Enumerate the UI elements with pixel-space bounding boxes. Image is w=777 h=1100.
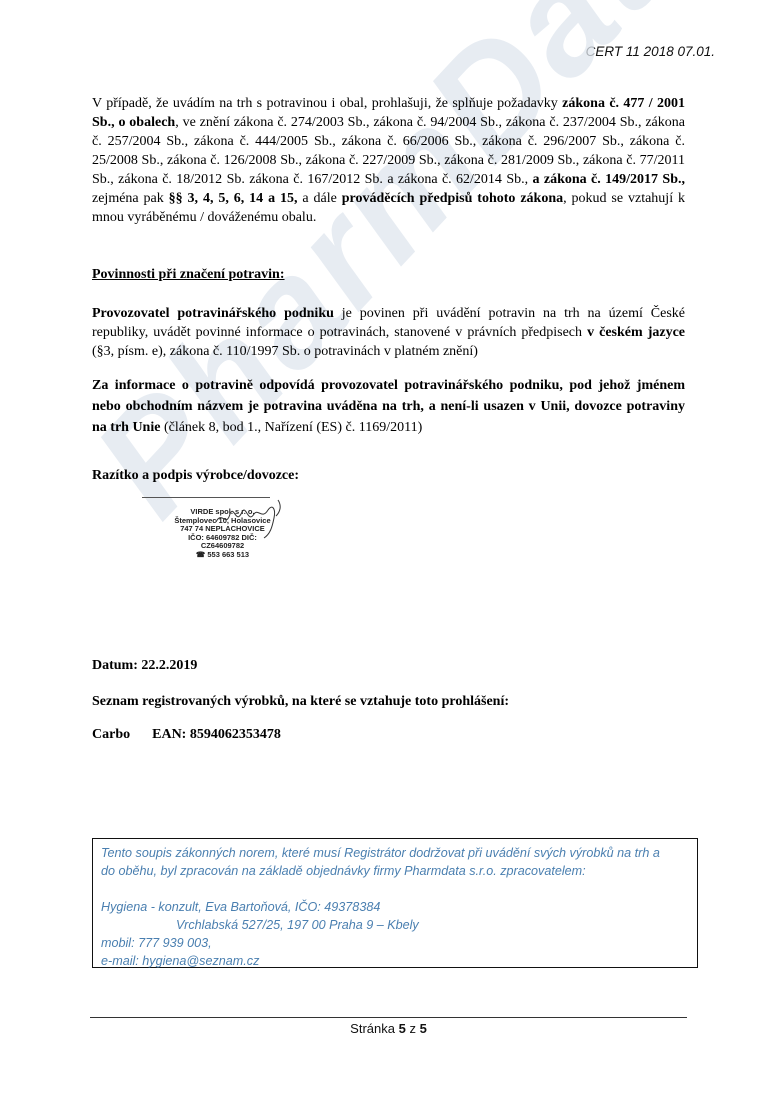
document-page: CERT 11 2018 07.01. PharmData s.r.o. V p… xyxy=(0,0,777,1100)
stamp-label: Razítko a podpis výrobce/dovozce: xyxy=(92,466,685,485)
text-span: zejména pak xyxy=(92,191,169,206)
total-pages: 5 xyxy=(420,1021,427,1036)
stamp-line-phone: ☎ 553 663 513 xyxy=(170,551,275,560)
labeling-paragraph: Provozovatel potravinářského podniku je … xyxy=(92,304,685,361)
footer-divider xyxy=(90,1017,687,1018)
products-title: Seznam registrovaných výrobků, na které … xyxy=(92,692,509,711)
bold-span: a zákona č. 149/2017 Sb., xyxy=(533,172,686,187)
spacer xyxy=(101,880,697,898)
product-ean: EAN: 8594062353478 xyxy=(152,727,281,742)
text-span: (§3, písm. e), zákona č. 110/1997 Sb. o … xyxy=(92,344,478,359)
bold-span: Provozovatel potravinářského podniku xyxy=(92,306,334,321)
product-item: CarboEAN: 8594062353478 xyxy=(92,725,281,744)
email-text: e-mail: hygiena@seznam.cz xyxy=(101,952,697,970)
info-line: Vrchlabská 527/25, 197 00 Praha 9 – Kbel… xyxy=(101,916,697,934)
text-span: a dále xyxy=(297,191,341,206)
text-span: V případě, že uvádím na trh s potravinou… xyxy=(92,96,562,111)
page-number: Stránka 5 z 5 xyxy=(0,1021,777,1036)
product-name: Carbo xyxy=(92,727,130,742)
labeling-section-title: Povinnosti při značení potravin: xyxy=(92,265,685,284)
signature-icon xyxy=(212,498,292,540)
info-line: do oběhu, byl zpracován na základě objed… xyxy=(101,862,697,880)
company-stamp: VIRDE spol. s r. o. Štemplovec 10, Holas… xyxy=(140,494,340,574)
responsibility-paragraph: Za informace o potravině odpovídá provoz… xyxy=(92,375,685,438)
date-field: Datum: 22.2.2019 xyxy=(92,656,197,675)
processor-info-box: Tento soupis zákonných norem, které musí… xyxy=(92,838,698,968)
document-body: V případě, že uvádím na trh s potravinou… xyxy=(92,94,685,485)
info-line: Tento soupis zákonných norem, které musí… xyxy=(101,844,697,862)
info-line: mobil: 777 939 003, xyxy=(101,934,697,952)
bold-span: prováděcích předpisů tohoto zákona xyxy=(342,191,563,206)
bold-span: §§ 3, 4, 5, 6, 14 a 15, xyxy=(169,191,298,206)
info-line: Hygiena - konzult, Eva Bartoňová, IČO: 4… xyxy=(101,898,697,916)
bold-span: v českém jazyce xyxy=(587,325,685,340)
packaging-declaration: V případě, že uvádím na trh s potravinou… xyxy=(92,94,685,227)
page-separator: z xyxy=(409,1021,416,1036)
page-label: Stránka xyxy=(350,1021,395,1036)
text-span: (článek 8, bod 1., Nařízení (ES) č. 1169… xyxy=(160,420,422,435)
current-page: 5 xyxy=(399,1021,406,1036)
